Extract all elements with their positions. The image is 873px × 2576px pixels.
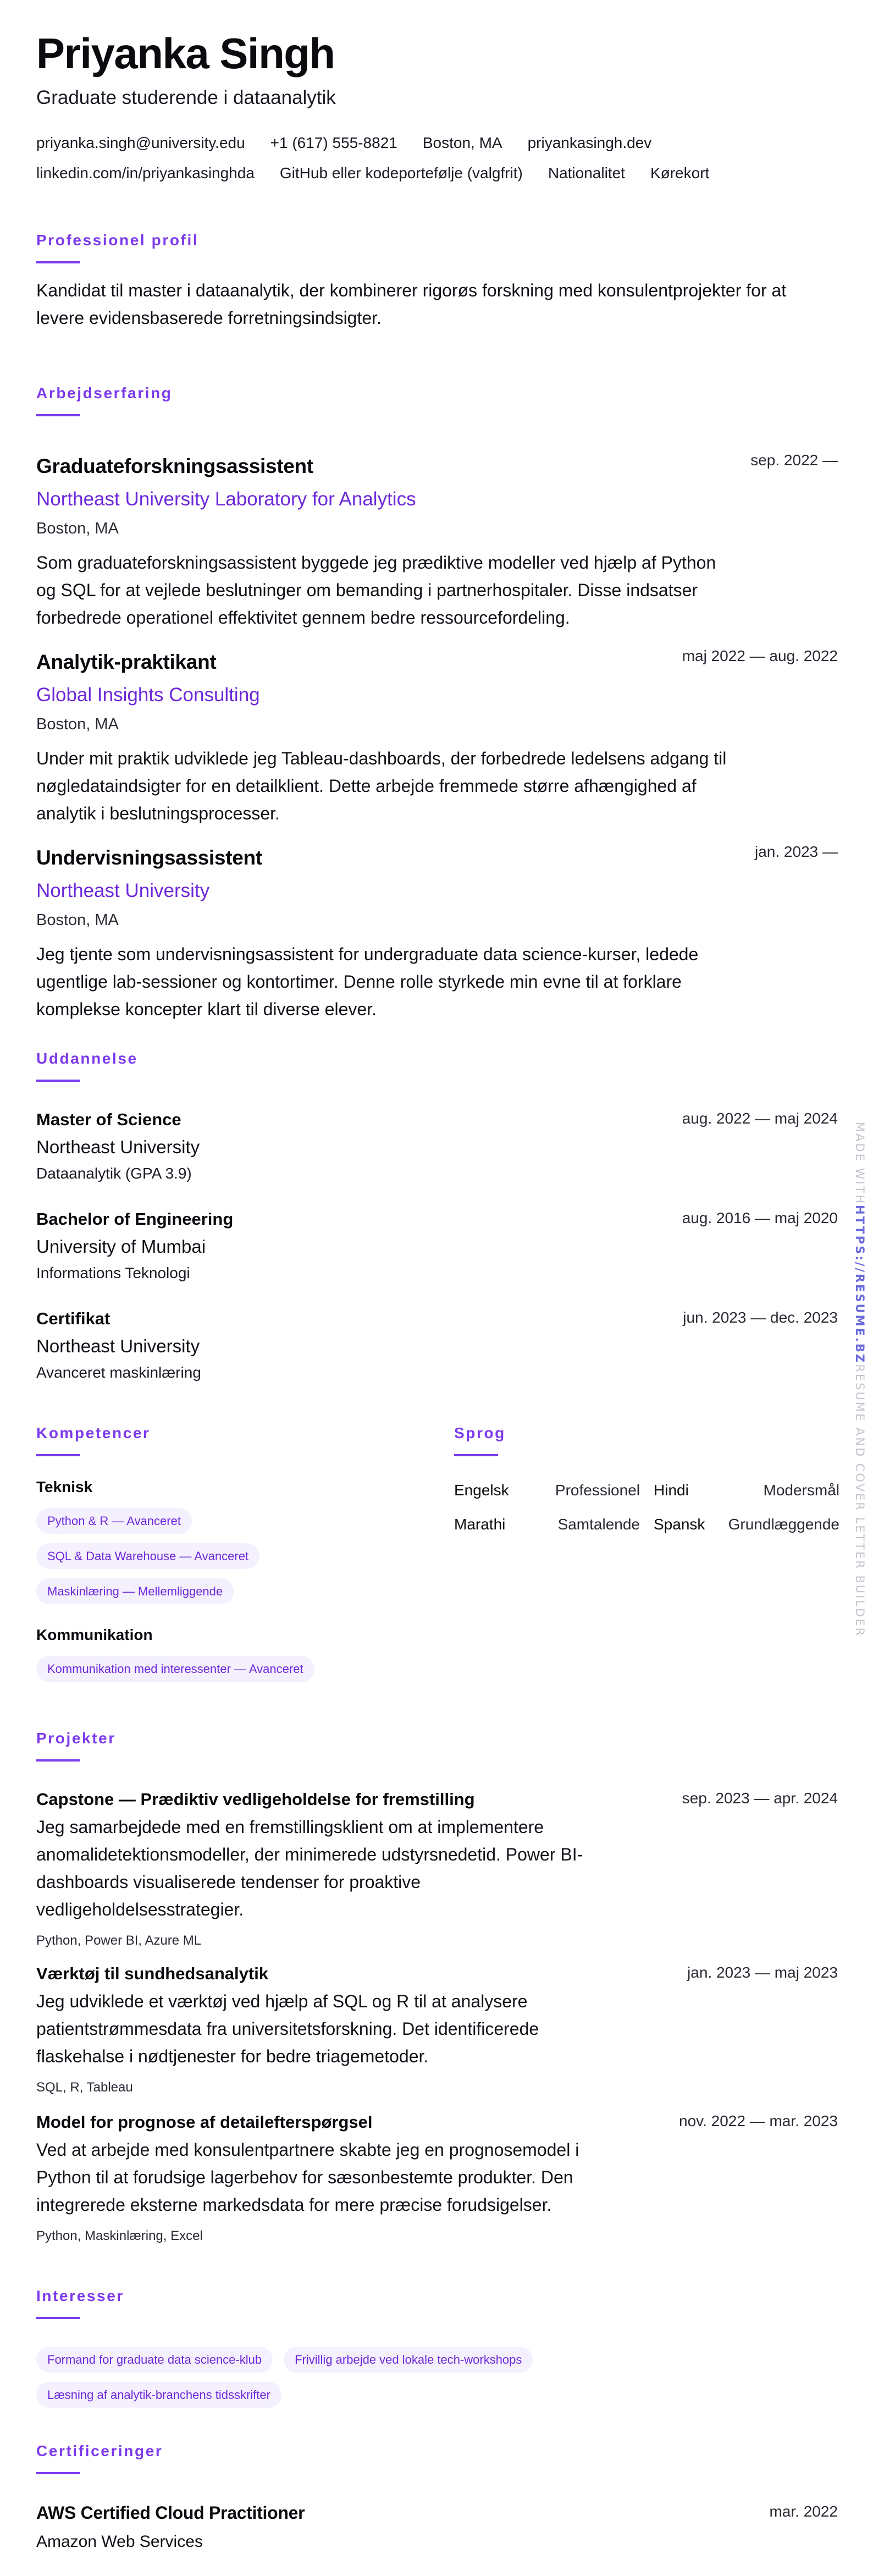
project-item: Model for prognose af detailefterspørgse… xyxy=(36,2113,838,2243)
contact-location: Boston, MA xyxy=(423,135,502,151)
section-divider xyxy=(36,414,80,416)
skill-group-title: Kommunikation xyxy=(36,1627,438,1643)
section-certifications: Certificeringer xyxy=(36,2443,838,2474)
skill-pill: Maskinlæring — Mellemliggende xyxy=(36,1578,234,1604)
skill-pill: Kommunikation med interessenter — Avance… xyxy=(36,1656,314,1682)
education-field: Avanceret maskinlæring xyxy=(36,1365,838,1380)
project-description: Jeg udviklede et værktøj ved hjælp af SQ… xyxy=(36,1988,630,2070)
section-divider xyxy=(36,2317,80,2319)
candidate-name: Priyanka Singh xyxy=(36,32,335,75)
certification-name: AWS Certified Cloud Practitioner xyxy=(36,2504,305,2522)
project-technologies: Python, Power BI, Azure ML xyxy=(36,1934,838,1947)
language-name: Spansk xyxy=(654,1517,705,1532)
watermark-suffix: RESUME AND COVER LETTER BUILDER xyxy=(853,1364,866,1637)
contact-website[interactable]: priyankasingh.dev xyxy=(528,135,652,151)
section-divider xyxy=(36,261,80,263)
profile-summary: Kandidat til master i dataanalytik, der … xyxy=(36,277,838,332)
language-name: Hindi xyxy=(654,1483,689,1498)
section-education: Uddannelse xyxy=(36,1051,838,1082)
project-item: Capstone — Prædiktiv vedligeholdelse for… xyxy=(36,1791,838,1947)
language-level: Professionel xyxy=(555,1483,640,1498)
project-description: Ved at arbejde med konsulentpartnere ska… xyxy=(36,2136,630,2219)
section-profile: Professionel profil Kandidat til master … xyxy=(36,233,838,332)
project-date: sep. 2023 — apr. 2024 xyxy=(682,1791,838,1806)
contact-drivers-license: Kørekort xyxy=(650,166,709,181)
education-institution: University of Mumbai xyxy=(36,1237,838,1256)
section-title: Interesser xyxy=(36,2288,838,2304)
project-title: Værktøj til sundhedsanalytik xyxy=(36,1965,268,1982)
job-date: sep. 2022 — xyxy=(750,453,838,468)
education-item: Bachelor of Engineering aug. 2016 — maj … xyxy=(36,1210,838,1281)
education-field: Informations Teknologi xyxy=(36,1265,838,1281)
job-date: jan. 2023 — xyxy=(755,844,838,860)
language-item: Marathi Samtalende xyxy=(454,1517,640,1532)
contact-row-2: linkedin.com/in/priyankasinghda GitHub e… xyxy=(36,166,709,181)
language-level: Grundlæggende xyxy=(728,1517,839,1532)
project-date: nov. 2022 — mar. 2023 xyxy=(679,2113,838,2129)
section-divider xyxy=(36,1454,80,1456)
job-description: Under mit praktik udviklede jeg Tableau-… xyxy=(36,745,734,827)
skill-pill: Python & R — Avanceret xyxy=(36,1508,192,1534)
job-description: Jeg tjente som undervisningsassistent fo… xyxy=(36,940,734,1023)
skill-pill: SQL & Data Warehouse — Avanceret xyxy=(36,1543,259,1569)
experience-item: Undervisningsassistent jan. 2023 — North… xyxy=(36,847,838,1023)
job-company: Northeast University Laboratory for Anal… xyxy=(36,489,838,509)
degree-title: Certifikat xyxy=(36,1310,110,1327)
project-description: Jeg samarbejdede med en fremstillingskli… xyxy=(36,1813,630,1923)
certification-issuer: Amazon Web Services xyxy=(36,2534,838,2550)
education-institution: Northeast University xyxy=(36,1337,838,1355)
job-title: Analytik-praktikant xyxy=(36,652,216,672)
section-divider xyxy=(36,1080,80,1082)
skill-group-title: Teknisk xyxy=(36,1479,438,1495)
contact-nationality: Nationalitet xyxy=(548,166,625,181)
section-divider xyxy=(454,1454,498,1456)
language-level: Samtalende xyxy=(558,1517,640,1532)
section-title: Certificeringer xyxy=(36,2443,838,2459)
job-company: Northeast University xyxy=(36,881,838,900)
interest-pill: Formand for graduate data science-klub xyxy=(36,2347,273,2373)
section-projects: Projekter xyxy=(36,1731,838,1762)
contact-row-1: priyanka.singh@university.edu +1 (617) 5… xyxy=(36,135,651,151)
job-company: Global Insights Consulting xyxy=(36,685,838,704)
interest-pill: Frivillig arbejde ved lokale tech-worksh… xyxy=(284,2347,533,2373)
contact-linkedin[interactable]: linkedin.com/in/priyankasinghda xyxy=(36,166,255,181)
section-title: Projekter xyxy=(36,1731,838,1746)
project-title: Capstone — Prædiktiv vedligeholdelse for… xyxy=(36,1791,475,1808)
skill-list: Python & R — Avanceret SQL & Data Wareho… xyxy=(36,1508,438,1604)
job-location: Boston, MA xyxy=(36,717,838,733)
project-technologies: SQL, R, Tableau xyxy=(36,2081,838,2094)
contact-github[interactable]: GitHub eller kodeportefølje (valgfrit) xyxy=(280,166,523,181)
language-level: Modersmål xyxy=(764,1483,839,1498)
job-location: Boston, MA xyxy=(36,521,838,537)
section-title: Kompetencer xyxy=(36,1425,438,1441)
section-experience: Arbejdserfaring xyxy=(36,386,838,416)
education-date: aug. 2022 — maj 2024 xyxy=(682,1111,838,1126)
certification-date: mar. 2022 xyxy=(769,2504,838,2519)
candidate-headline: Graduate studerende i dataanalytik xyxy=(36,88,336,107)
watermark-prefix: MADE WITH xyxy=(853,1122,866,1205)
section-interests: Interesser Formand for graduate data sci… xyxy=(36,2288,838,2408)
certification-item: AWS Certified Cloud Practitioner mar. 20… xyxy=(36,2504,838,2550)
section-skills: Kompetencer Teknisk Python & R — Avancer… xyxy=(36,1425,438,1682)
language-item: Engelsk Professionel xyxy=(454,1483,640,1498)
section-title: Uddannelse xyxy=(36,1051,838,1066)
section-languages: Sprog Engelsk Professionel Hindi Modersm… xyxy=(454,1425,839,1532)
section-divider xyxy=(36,2472,80,2474)
experience-item: Analytik-praktikant maj 2022 — aug. 2022… xyxy=(36,652,838,827)
education-date: jun. 2023 — dec. 2023 xyxy=(683,1310,838,1325)
language-name: Marathi xyxy=(454,1517,505,1532)
project-date: jan. 2023 — maj 2023 xyxy=(687,1965,838,1980)
education-institution: Northeast University xyxy=(36,1138,838,1156)
language-list: Engelsk Professionel Hindi Modersmål Mar… xyxy=(454,1483,839,1532)
project-item: Værktøj til sundhedsanalytik jan. 2023 —… xyxy=(36,1965,838,2094)
contact-email[interactable]: priyanka.singh@university.edu xyxy=(36,135,245,151)
language-item: Hindi Modersmål xyxy=(654,1483,839,1498)
language-item: Spansk Grundlæggende xyxy=(654,1517,839,1532)
section-title: Professionel profil xyxy=(36,233,838,248)
degree-title: Master of Science xyxy=(36,1111,181,1128)
builder-watermark: MADE WITHHTTPS://RESUME.BZRESUME AND COV… xyxy=(853,1122,866,1637)
skill-list: Kommunikation med interessenter — Avance… xyxy=(36,1656,438,1682)
job-description: Som graduateforskningsassistent byggede … xyxy=(36,549,734,631)
experience-item: Graduateforskningsassistent sep. 2022 — … xyxy=(36,456,838,631)
project-title: Model for prognose af detailefterspørgse… xyxy=(36,2113,372,2131)
job-title: Graduateforskningsassistent xyxy=(36,456,313,476)
job-date: maj 2022 — aug. 2022 xyxy=(682,648,838,664)
interest-pill: Læsning af analytik-branchens tidsskrift… xyxy=(36,2382,281,2408)
contact-phone[interactable]: +1 (617) 555-8821 xyxy=(270,135,397,151)
education-field: Dataanalytik (GPA 3.9) xyxy=(36,1166,838,1181)
education-item: Certifikat jun. 2023 — dec. 2023 Northea… xyxy=(36,1310,838,1380)
section-title: Sprog xyxy=(454,1425,839,1441)
interest-list: Formand for graduate data science-klub F… xyxy=(36,2347,641,2408)
degree-title: Bachelor of Engineering xyxy=(36,1210,233,1228)
language-name: Engelsk xyxy=(454,1483,509,1498)
education-item: Master of Science aug. 2022 — maj 2024 N… xyxy=(36,1111,838,1181)
watermark-link[interactable]: HTTPS://RESUME.BZ xyxy=(853,1205,866,1364)
job-title: Undervisningsassistent xyxy=(36,847,262,868)
section-title: Arbejdserfaring xyxy=(36,386,838,401)
project-technologies: Python, Maskinlæring, Excel xyxy=(36,2230,838,2243)
job-location: Boston, MA xyxy=(36,912,838,928)
education-date: aug. 2016 — maj 2020 xyxy=(682,1210,838,1226)
section-divider xyxy=(36,1759,80,1762)
